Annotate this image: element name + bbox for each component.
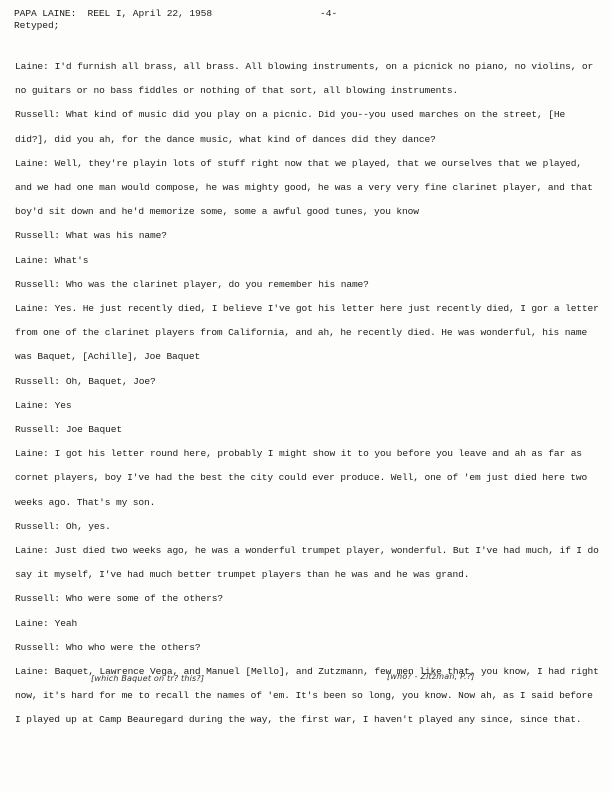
speaker-label: Laine: [15,255,49,266]
speaker-label: Laine: [15,303,49,314]
utterance-text: Yes [55,400,72,411]
transcript-turn: Laine:Yeah [15,612,600,636]
utterance-text: What's [55,255,89,266]
speaker-label: Laine: [15,61,49,72]
utterance-text: Who who were the others? [66,642,201,653]
transcript-turn: Laine:Yes. He just recently died, I beli… [15,297,600,370]
transcript-turn: Laine:Well, they're playin lots of stuff… [15,152,600,225]
utterance-text: I'd furnish all brass, all brass. All bl… [15,61,593,96]
handwritten-annotation: [which Baquet on tr? this?] [91,674,204,683]
utterance-text: What kind of music did you play on a pic… [15,109,565,144]
speaker-label: Laine: [15,158,49,169]
speaker-label: Russell: [15,109,60,120]
transcript-body: Laine:I'd furnish all brass, all brass. … [15,55,600,733]
transcript-turn: Russell:Who was the clarinet player, do … [15,273,600,297]
utterance-text: I got his letter round here, probably I … [15,448,587,507]
transcript-turn: Russell:Who were some of the others? [15,587,600,611]
utterance-text: Who was the clarinet player, do you reme… [66,279,369,290]
speaker-label: Laine: [15,666,49,677]
utterance-text: Joe Baquet [66,424,122,435]
page-number: -4- [320,8,337,20]
speaker-label: Russell: [15,424,60,435]
transcript-turn: Laine:Baquet, Lawrence Vega, and Manuel … [15,660,600,733]
transcript-turn: Russell:What kind of music did you play … [15,103,600,151]
transcript-turn: Russell:Joe Baquet [15,418,600,442]
speaker-label: Russell: [15,376,60,387]
utterance-text: Oh, yes. [66,521,111,532]
speaker-label: Russell: [15,521,60,532]
speaker-label: Laine: [15,545,49,556]
header-subtitle: Retyped; [14,20,212,32]
document-header: PAPA LAINE: REEL I, April 22, 1958 Retyp… [14,8,212,32]
utterance-text: Yeah [55,618,77,629]
utterance-text: Just died two weeks ago, he was a wonder… [15,545,599,580]
transcript-turn: Laine:Yes [15,394,600,418]
utterance-text: Oh, Baquet, Joe? [66,376,156,387]
transcript-turn: Russell:What was his name? [15,224,600,248]
header-title: PAPA LAINE: REEL I, April 22, 1958 [14,8,212,20]
utterance-text: Well, they're playin lots of stuff right… [15,158,593,217]
speaker-label: Laine: [15,618,49,629]
transcript-turn: Russell:Oh, Baquet, Joe? [15,370,600,394]
utterance-text: Yes. He just recently died, I believe I'… [15,303,599,362]
transcript-turn: Laine:What's [15,249,600,273]
utterance-text: Who were some of the others? [66,593,223,604]
transcript-turn: Laine:I got his letter round here, proba… [15,442,600,515]
transcript-turn: Laine:Just died two weeks ago, he was a … [15,539,600,587]
utterance-text: What was his name? [66,230,167,241]
transcript-turn: Laine:I'd furnish all brass, all brass. … [15,55,600,103]
speaker-label: Laine: [15,400,49,411]
speaker-label: Russell: [15,642,60,653]
speaker-label: Laine: [15,448,49,459]
speaker-label: Russell: [15,230,60,241]
document-page: PAPA LAINE: REEL I, April 22, 1958 Retyp… [0,0,612,792]
speaker-label: Russell: [15,593,60,604]
transcript-turn: Russell:Oh, yes. [15,515,600,539]
handwritten-annotation: [who? - Zitzman, P.?] [387,672,475,681]
speaker-label: Russell: [15,279,60,290]
transcript-turn: Russell:Who who were the others? [15,636,600,660]
